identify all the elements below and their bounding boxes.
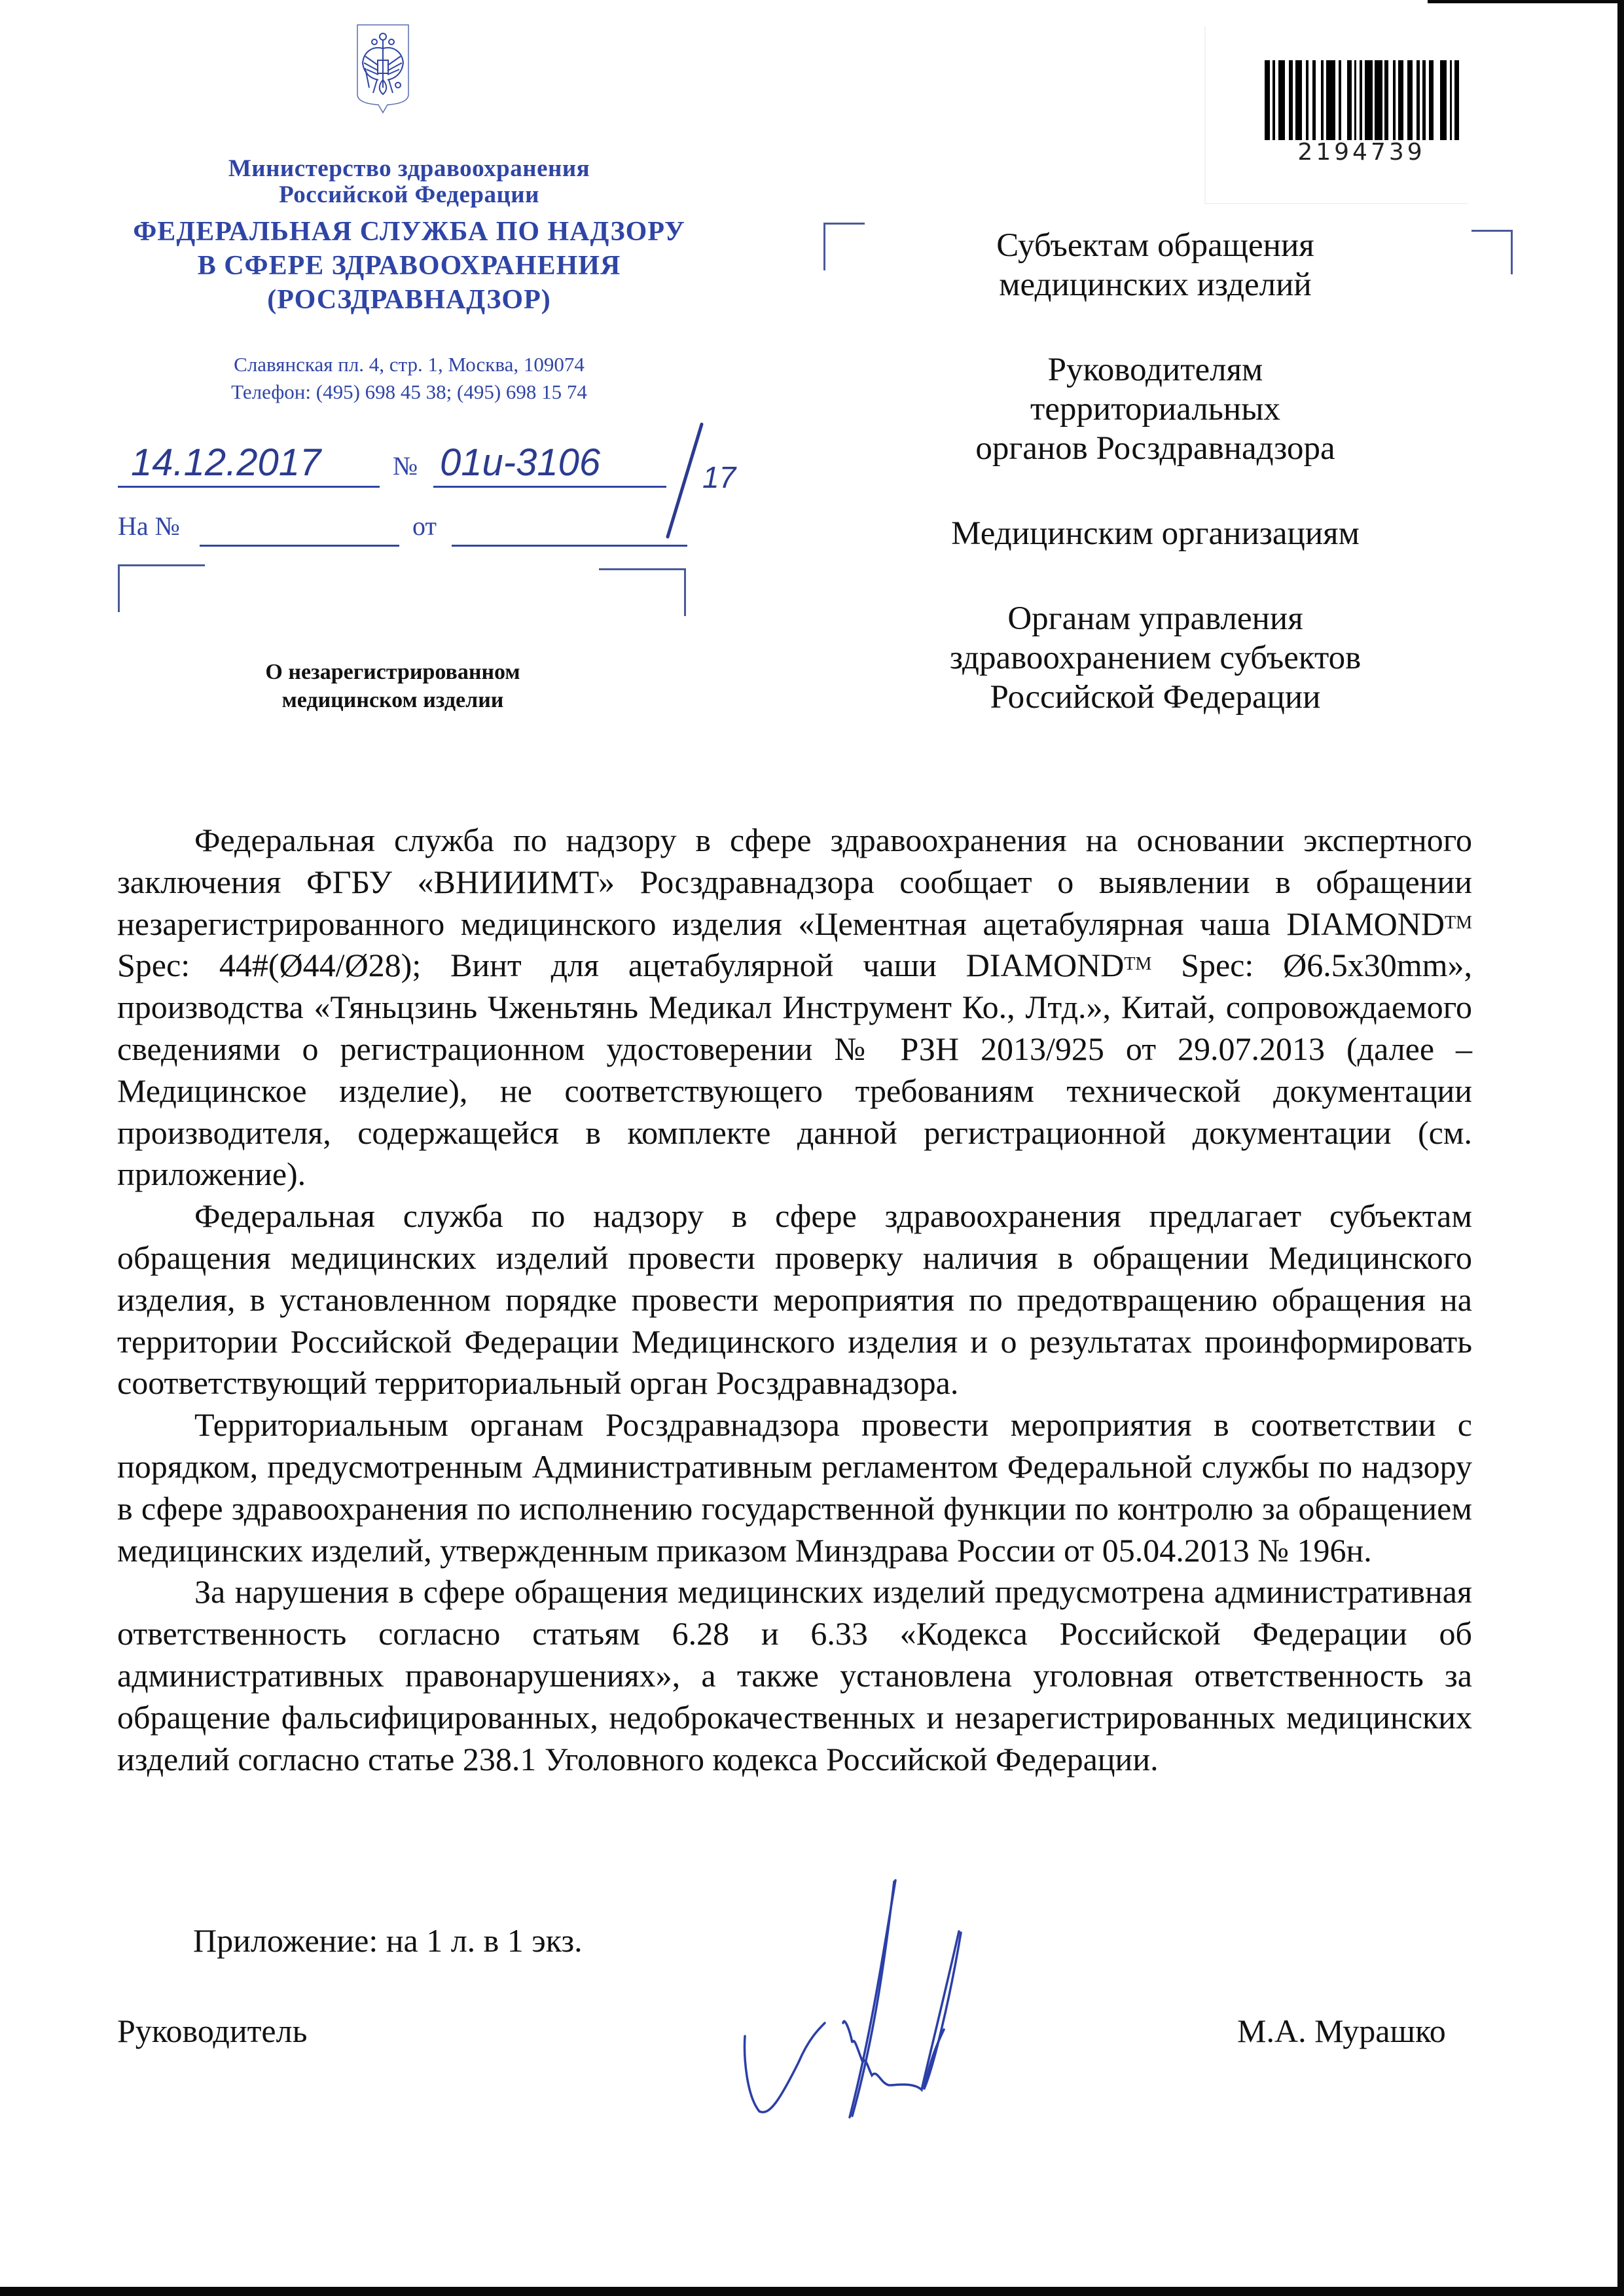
trademark-sup: TM: [1124, 954, 1151, 974]
subject-bracket-left: [118, 564, 205, 612]
reply-date-blank: [452, 545, 687, 547]
scan-border-top: [1428, 0, 1624, 3]
contact-info: Славянская пл. 4, стр. 1, Москва, 109074…: [98, 351, 720, 406]
recipient-bracket-left: [823, 223, 865, 270]
recipient-item: Медицинским организациям: [884, 514, 1427, 553]
registration-year-suffix: 17: [702, 460, 736, 495]
service-name: ФЕДЕРАЛЬНАЯ СЛУЖБА ПО НАДЗОРУ В СФЕРЕ ЗД…: [98, 215, 720, 317]
recipients-block: Субъектам обращения медицинских изделий …: [884, 226, 1427, 763]
barcode-icon: [1265, 60, 1460, 140]
body-paragraph-4: За нарушения в сфере обращения медицинск…: [117, 1571, 1472, 1780]
registration-line: 14.12.2017 № 01и-3106 17: [118, 440, 707, 492]
recipient-bracket-right: [1471, 230, 1513, 274]
recipient-item: Органам управления здравоохранением субъ…: [884, 599, 1427, 717]
letter-subject: О незарегистрированном медицинском издел…: [196, 658, 589, 714]
reply-from-label: от: [412, 511, 437, 541]
subject-bracket-right: [599, 568, 686, 616]
scan-border-bottom: [0, 2287, 1624, 2296]
letter-body: Федеральная служба по надзору в сфере зд…: [117, 820, 1472, 1780]
recipient-item: Руководителям территориальных органов Ро…: [884, 350, 1427, 468]
appendix-note: Приложение: на 1 л. в 1 экз.: [193, 1922, 583, 1959]
body-paragraph-3: Территориальным органам Росздравнадзора …: [117, 1404, 1472, 1571]
scan-border-right: [1617, 0, 1624, 2296]
barcode-number: 2194739: [1280, 139, 1443, 166]
registration-number: 01и-3106: [433, 440, 666, 488]
recipient-item: Субъектам обращения медицинских изделий: [884, 226, 1427, 304]
body-paragraph-2: Федеральная служба по надзору в сфере зд…: [117, 1195, 1472, 1404]
signer-title: Руководитель: [117, 2012, 307, 2050]
number-sign: №: [393, 450, 418, 481]
trademark-sup: TM: [1445, 913, 1472, 933]
registration-date: 14.12.2017: [118, 440, 380, 488]
phone: Телефон: (495) 698 45 38; (495) 698 15 7…: [98, 378, 720, 406]
signer-name: М.А. Мурашко: [1237, 2012, 1446, 2050]
reply-number-blank: [200, 545, 399, 547]
reply-number-label: На №: [118, 511, 180, 541]
handwritten-signature: [681, 1872, 982, 2134]
reply-reference-line: На № от: [118, 511, 687, 550]
body-paragraph-1: Федеральная служба по надзору в сфере зд…: [117, 820, 1472, 1195]
ministry-name: Министерство здравоохранения Российской …: [98, 156, 720, 208]
coat-of-arms-icon: [355, 22, 411, 114]
address: Славянская пл. 4, стр. 1, Москва, 109074: [98, 351, 720, 378]
